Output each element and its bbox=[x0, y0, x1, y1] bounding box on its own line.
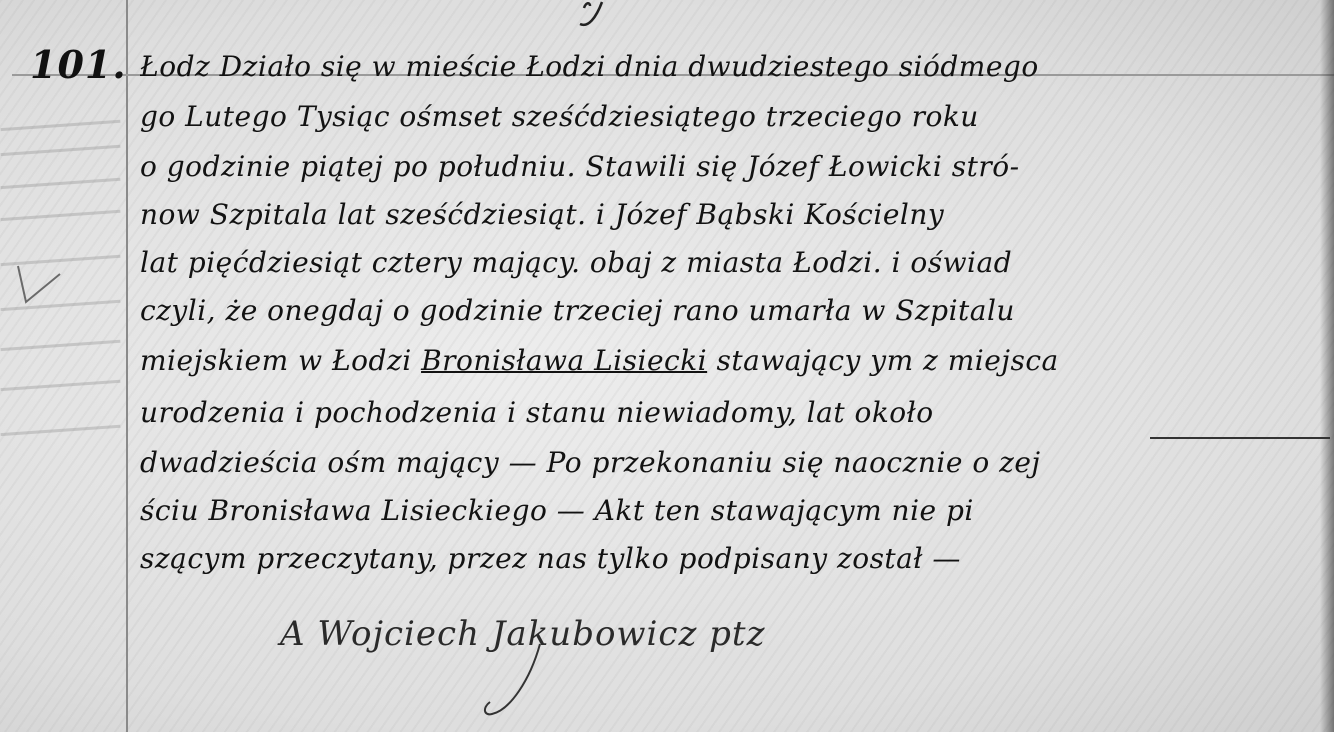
registrar-signature: A Wojciech Jakubowicz ptz bbox=[280, 614, 980, 684]
checkmark-icon bbox=[14, 262, 64, 312]
record-line-7-prefix: miejskiem w Łodzi bbox=[140, 344, 421, 377]
record-line-5: lat pięćdziesiąt cztery mający. obaj z m… bbox=[140, 246, 1320, 288]
deceased-name: Bronisława Lisiecki bbox=[421, 344, 707, 377]
record-line-3: o godzinie piątej po południu. Stawili s… bbox=[140, 150, 1320, 192]
section-rule bbox=[1150, 437, 1330, 439]
signature-flourish bbox=[480, 640, 550, 720]
margin-rule bbox=[126, 0, 128, 732]
record-line-4: now Szpitala lat sześćdziesiąt. i Józef … bbox=[140, 198, 1320, 240]
record-line-8: urodzenia i pochodzenia i stanu niewiado… bbox=[140, 396, 1320, 438]
record-line-2: go Lutego Tysiąc ośmset sześćdziesiątego… bbox=[140, 100, 1320, 142]
record-line-6: czyli, że onegdaj o godzinie trzeciej ra… bbox=[140, 294, 1320, 336]
record-line-7: miejskiem w Łodzi Bronisława Lisiecki st… bbox=[140, 344, 1320, 386]
page-edge-shadow bbox=[1320, 0, 1334, 732]
record-line-1: Łodz Działo się w mieście Łodzi dnia dwu… bbox=[140, 50, 1320, 92]
record-line-11: szącym przeczytany, przez nas tylko podp… bbox=[140, 542, 1320, 584]
record-line-7-suffix: stawający ym z miejsca bbox=[707, 344, 1059, 377]
entry-number: 101. bbox=[30, 42, 127, 87]
record-line-10: ściu Bronisława Lisieckiego — Akt ten st… bbox=[140, 494, 1320, 536]
record-line-9: dwadzieścia ośm mający — Po przekonaniu … bbox=[140, 446, 1320, 488]
top-fragment-glyph bbox=[570, 0, 610, 28]
